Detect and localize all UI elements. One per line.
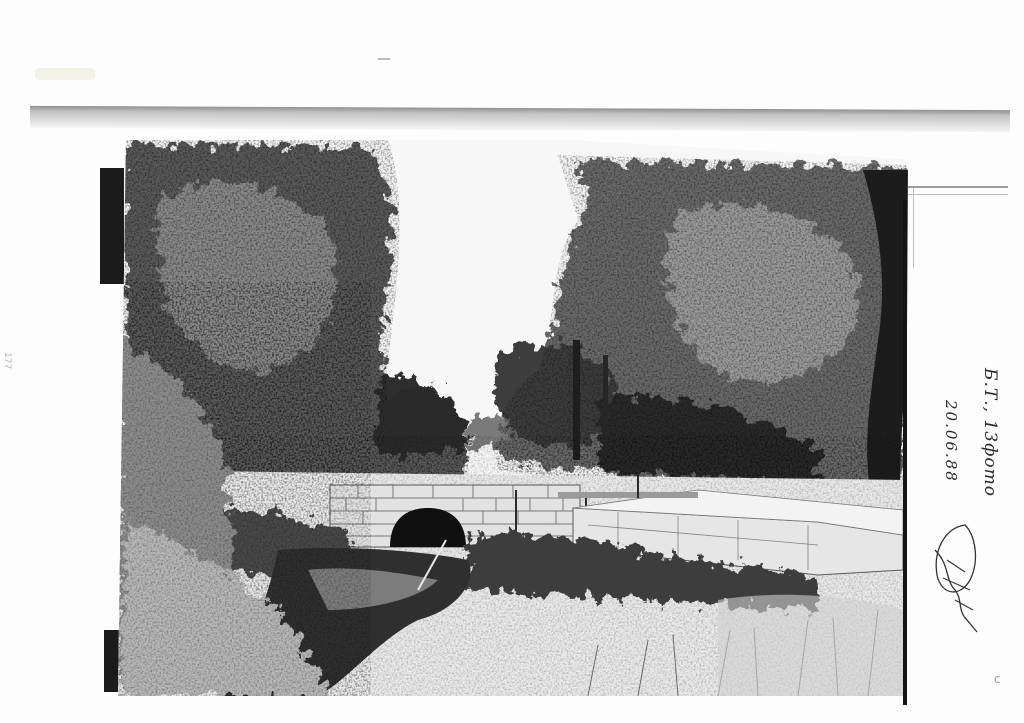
page-fold-shadow — [30, 106, 1010, 132]
photo-edge — [903, 200, 907, 705]
corner-mark: c — [994, 672, 1001, 686]
handwritten-signature — [925, 520, 985, 635]
handwritten-note-line1: Б.Т., 13фото — [980, 368, 1000, 497]
photo-image — [118, 140, 908, 696]
handwritten-date: 20.06.88 — [942, 400, 960, 483]
mounting-tab-bottom — [104, 630, 120, 692]
landscape-photo — [118, 140, 908, 696]
smudge-mark — [35, 68, 95, 80]
dash-mark — [378, 58, 390, 60]
page-number: 177 — [2, 352, 12, 369]
mounting-tab-top — [100, 168, 124, 284]
mount-frame-top — [902, 186, 1008, 195]
